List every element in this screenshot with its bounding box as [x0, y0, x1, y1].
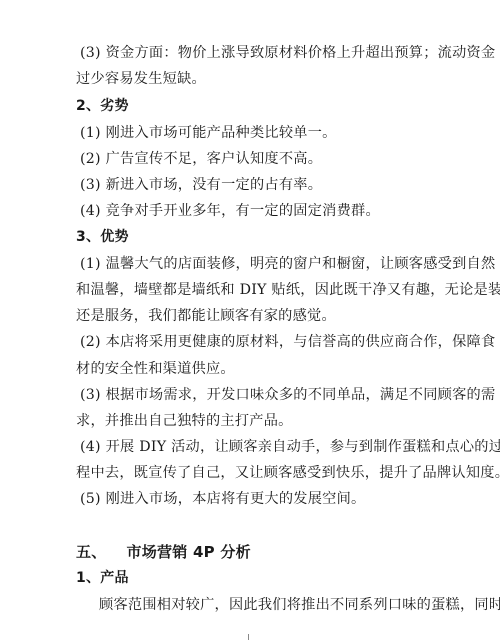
weakness-item-4: (4) 竞争对手开业多年，有一定的固定消费群。 — [80, 202, 380, 220]
heading-weaknesses: 2、劣势 — [76, 97, 129, 115]
document-page: (3) 资金方面：物价上涨导致原材料价格上升超出预算；流动资金 过少容易发生短缺… — [0, 0, 500, 640]
strength-item-2-line-2: 材的安全性和渠道供应。 — [76, 360, 235, 378]
strength-item-5: (5) 刚进入市场，本店将有更大的发展空间。 — [80, 490, 365, 508]
section-heading-4p: 五、市场营销 4P 分析 — [76, 543, 251, 561]
funding-risk-line-2: 过少容易发生短缺。 — [76, 70, 206, 88]
weakness-item-2: (2) 广告宣传不足，客户认知度不高。 — [80, 150, 322, 168]
weakness-item-3: (3) 新进入市场，没有一定的占有率。 — [80, 176, 322, 194]
strength-item-4-line-1: (4) 开展 DIY 活动，让顾客亲自动手，参与到制作蛋糕和点心的过 — [80, 438, 500, 456]
page-mark — [248, 634, 249, 640]
product-paragraph-line-1: 顾客范围相对较广，因此我们将推出不同系列口味的蛋糕，同时 — [99, 596, 500, 614]
funding-risk-line-1: (3) 资金方面：物价上涨导致原材料价格上升超出预算；流动资金 — [80, 44, 495, 62]
strength-item-3-line-1: (3) 根据市场需求，开发口味众多的不同单品，满足不同顾客的需 — [80, 386, 495, 404]
heading-strengths: 3、优势 — [76, 228, 129, 246]
section-title: 市场营销 4P 分析 — [127, 543, 251, 561]
strength-item-3-line-2: 求，并推出自己独特的主打产品。 — [76, 412, 293, 430]
weakness-item-1: (1) 刚进入市场可能产品种类比较单一。 — [80, 124, 337, 142]
strength-item-1-line-3: 还是服务，我们都能让顾客有家的感觉。 — [76, 307, 336, 325]
strength-item-1-line-2: 和温馨，墙壁都是墙纸和 DIY 贴纸，因此既干净又有趣，无论是装修 — [76, 281, 500, 299]
strength-item-1-line-1: (1) 温馨大气的店面装修，明亮的窗户和橱窗，让顾客感受到自然 — [80, 255, 495, 273]
heading-product: 1、产品 — [76, 569, 129, 587]
section-number: 五、 — [76, 543, 107, 561]
strength-item-4-line-2: 程中去，既宣传了自己，又让顾客感受到快乐，提升了品牌认知度。 — [76, 464, 500, 482]
strength-item-2-line-1: (2) 本店将采用更健康的原材料，与信誉高的供应商合作，保障食 — [80, 333, 495, 351]
